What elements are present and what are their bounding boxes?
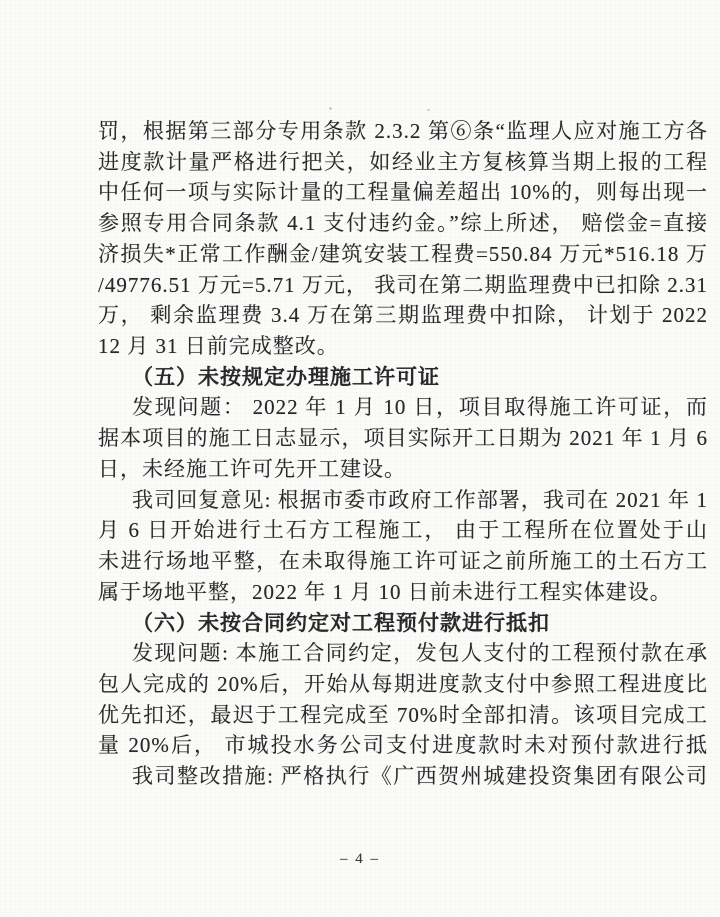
scan-speckle [329,107,332,110]
text-line: 优先扣还，最迟于工程完成至 70%时全部扣清。该项目完成工程 [98,700,708,731]
text-line: 进度款计量严格进行把关，如经业主方复核算当期上报的工程量 [98,147,708,178]
section-heading: （六）未按合同约定对工程预付款进行抵扣 [98,608,708,639]
text-line: 万， 剩余监理费 3.4 万在第三期监理费中扣除， 计划于 2022 年 [98,300,708,331]
text-line: 发现问题： 2022 年 1 月 10 日，项目取得施工许可证，而根 [98,392,708,423]
section-heading: （五）未按规定办理施工许可证 [98,362,708,393]
text-line: 参照专用合同条款 4.1 支付违约金。”综上所述， 赔偿金=直接经 [98,208,708,239]
document-body: 罚，根据第三部分专用条款 2.3.2 第⑥条“监理人应对施工方各期进度款计量严格… [98,116,708,792]
text-line: 我司整改措施: 严格执行《广西贺州城建投资集团有限公司 [98,761,708,792]
text-line: /49776.51 万元=5.71 万元， 我司在第二期监理费中已扣除 2.31 [98,270,708,301]
text-line: 未进行场地平整，在未取得施工许可证之前所施工的土石方工程 [98,546,708,577]
text-line: 发现问题: 本施工合同约定，发包人支付的工程预付款在承 [98,638,708,669]
page-number: – 4 – [0,851,720,868]
text-line: 据本项目的施工日志显示，项目实际开工日期为 2021 年 1 月 6 [98,423,708,454]
text-line: 中任何一项与实际计量的工程量偏差超出 10%的，则每出现一项 [98,177,708,208]
text-line: 12 月 31 日前完成整改。 [98,331,708,362]
text-line: 包人完成的 20%后，开始从每期进度款支付中参照工程进度比例 [98,669,708,700]
text-line: 量 20%后， 市城投水务公司支付进度款时未对预付款进行抵扣。 [98,730,708,761]
text-line: 罚，根据第三部分专用条款 2.3.2 第⑥条“监理人应对施工方各期 [98,116,708,147]
scan-speckle [427,109,430,111]
text-line: 济损失*正常工作酬金/建筑安装工程费=550.84 万元*516.18 万元 [98,239,708,270]
text-line: 月 6 日开始进行土石方工程施工， 由于工程所在位置处于山体， [98,515,708,546]
text-line: 属于场地平整，2022 年 1 月 10 日前未进行工程实体建设。 [98,577,708,608]
document-page: 罚，根据第三部分专用条款 2.3.2 第⑥条“监理人应对施工方各期进度款计量严格… [0,0,720,917]
text-line: 我司回复意见: 根据市委市政府工作部署，我司在 2021 年 1 [98,485,708,516]
text-line: 日，未经施工许可先开工建设。 [98,454,708,485]
